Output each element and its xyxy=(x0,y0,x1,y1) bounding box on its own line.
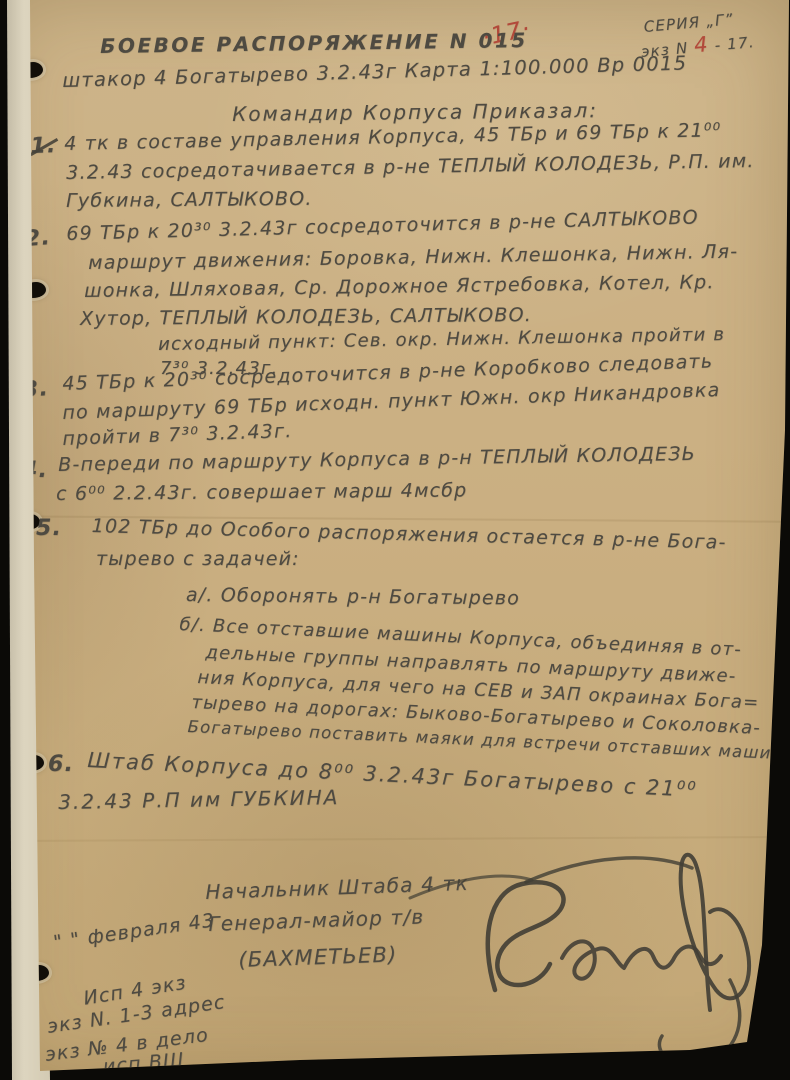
item-4-line-1: В-переди по маршруту Корпуса в р-н ТЕПЛЫ… xyxy=(58,443,696,476)
item-3-line-3: пройти в 7³⁰ 3.2.43г. xyxy=(62,420,293,450)
item-5-number: 5. xyxy=(36,516,62,541)
footer-date-line: " " февраля 43 xyxy=(52,909,216,953)
item-2-line-1: 69 ТБр к 20³⁰ 3.2.43г сосредоточится в р… xyxy=(66,206,699,245)
scanned-page: СЕРИЯ „Г” экз N 4 - 17. ·17· БОЕВОЕ РАСП… xyxy=(0,0,790,1080)
item-5-sub-a: а/. Оборонять р-н Богатырево xyxy=(186,584,520,609)
signature-rank-line: Генерал-майор т/в xyxy=(208,904,425,936)
item-6-line-2: 3.2.43 Р.П им ГУБКИНА xyxy=(58,785,340,814)
item-1-number: 1. xyxy=(30,133,57,159)
item-1-line-2: 3.2.43 сосредотачивается в р-не ТЕПЛЫЙ К… xyxy=(66,150,755,184)
item-5-line-2: тырево с задачей: xyxy=(96,548,300,570)
signature-name-line: (БАХМЕТЬЕВ) xyxy=(238,942,398,972)
autograph-signature xyxy=(400,840,790,1080)
item-2-line-2: маршрут движения: Боровка, Нижн. Клешонк… xyxy=(88,241,738,274)
item-1-line-1: 4 тк в составе управления Корпуса, 45 ТБ… xyxy=(64,119,722,155)
copy-number-red: 4 xyxy=(693,32,710,57)
copy-suffix: - 17. xyxy=(708,33,755,55)
item-6-number: 6. xyxy=(48,752,74,777)
item-2-line-5: исходный пункт: Сев. окр. Нижн. Клешонка… xyxy=(158,324,725,355)
item-4-line-2: с 6⁰⁰ 2.2.43г. совершает марш 4мсбр xyxy=(56,479,467,505)
document-paper: СЕРИЯ „Г” экз N 4 - 17. ·17· БОЕВОЕ РАСП… xyxy=(0,0,790,1080)
doc-subtitle: штакор 4 Богатырево 3.2.43г Карта 1:100.… xyxy=(62,52,687,92)
doc-title: БОЕВОЕ РАСПОРЯЖЕНИЕ N 015 xyxy=(100,28,528,58)
item-2-line-4: Хутор, ТЕПЛЫЙ КОЛОДЕЗЬ, САЛТЫКОВО. xyxy=(80,304,532,330)
item-1-line-3: Губкина, САЛТЫКОВО. xyxy=(66,188,313,212)
item-2-line-3: шонка, Шляховая, Ср. Дорожное Ястребовка… xyxy=(84,271,715,302)
order-intro: Командир Корпуса Приказал: xyxy=(232,98,598,126)
